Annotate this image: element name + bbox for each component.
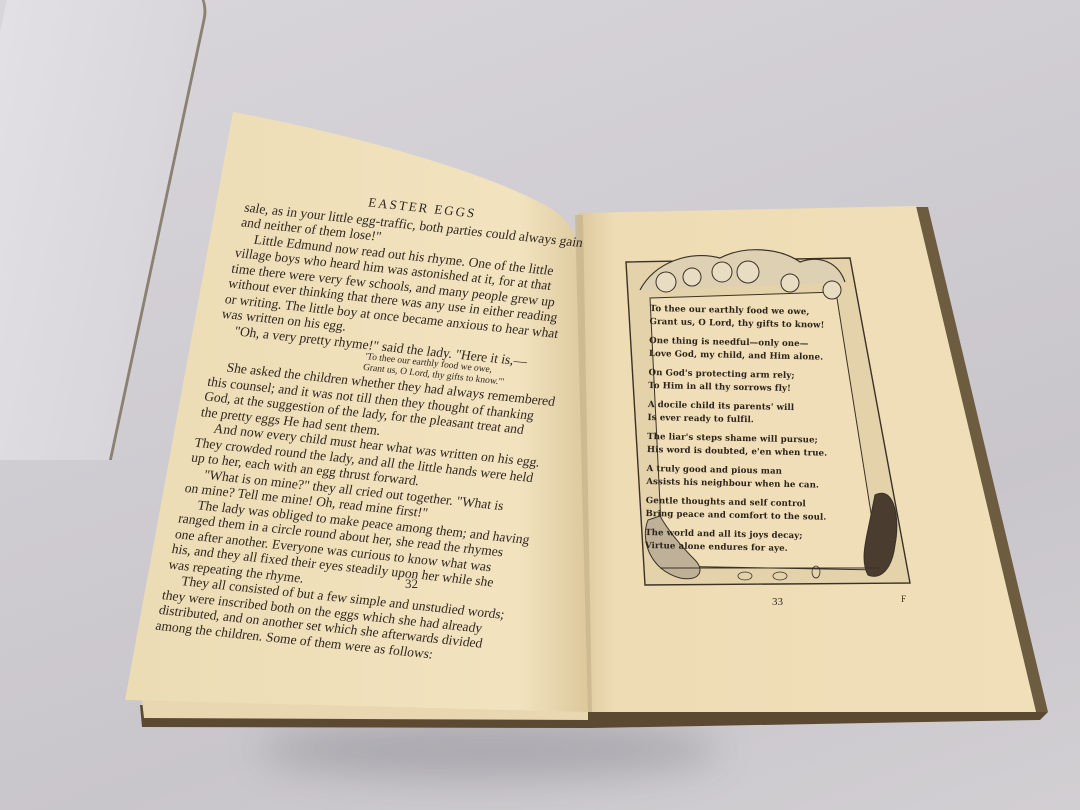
- stanza: The liar's steps shame will pursue; His …: [647, 431, 847, 460]
- page-number-left: 32: [405, 576, 418, 592]
- right-page-verses: To thee our earthly food we owe, Grant u…: [645, 303, 850, 563]
- stanza: The world and all its joys decay; Virtue…: [645, 527, 845, 556]
- stanza: A docile child its parents' will Is ever…: [647, 399, 847, 428]
- page-number-right: 33: [772, 596, 783, 608]
- stanza: To thee our earthly food we owe, Grant u…: [649, 303, 849, 332]
- stanza: A truly good and pious man Assists his n…: [646, 463, 846, 492]
- stanza: On God's protecting arm rely; To Him in …: [648, 367, 848, 396]
- signature-mark: F: [901, 594, 906, 604]
- stanza: Gentle thoughts and self control Bring p…: [645, 495, 845, 524]
- stanza: One thing is needful—only one— Love God,…: [649, 335, 849, 364]
